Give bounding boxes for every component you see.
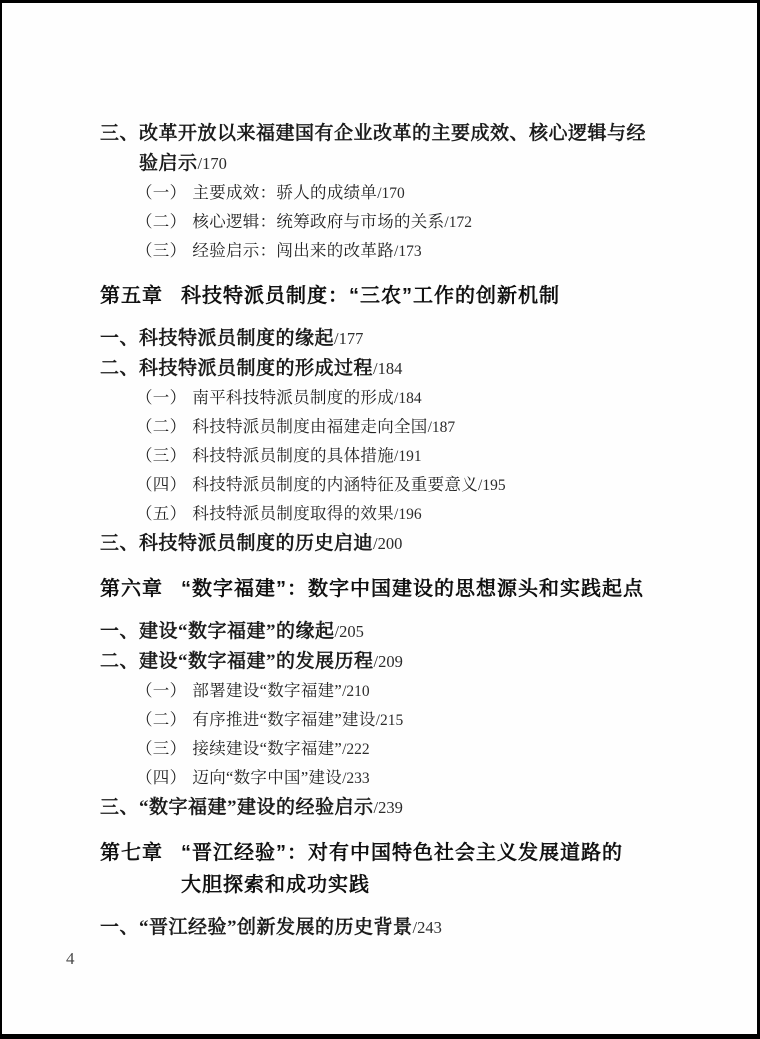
- toc-entry-page-number: /205: [335, 622, 364, 641]
- toc-entry-chapter: 第七章“晋江经验”：对有中国特色社会主义发展道路的大胆探索和成功实践: [100, 837, 699, 901]
- toc-entry-page-number: /210: [342, 683, 370, 700]
- toc-entry-title-line: 部署建设“数字福建”/210: [192, 677, 699, 706]
- toc-entry-page-number: /187: [428, 419, 456, 436]
- toc-entry-section: 二、科技特派员制度的形成过程/184: [100, 354, 699, 384]
- toc-entry-page-number: /243: [413, 918, 442, 937]
- toc-entry-section: 三、改革开放以来福建国有企业改革的主要成效、核心逻辑与经验启示/170: [100, 119, 699, 179]
- toc-entry-page-number: /170: [198, 154, 227, 173]
- toc-entry-label: （一）: [136, 384, 186, 412]
- toc-entry-title-block: 改革开放以来福建国有企业改革的主要成效、核心逻辑与经验启示/170: [139, 119, 699, 179]
- toc-entry-section: 三、科技特派员制度的历史启迪/200: [100, 529, 699, 559]
- toc-entry-title-line: “数字福建”建设的经验启示/239: [139, 793, 699, 823]
- toc-entry-label: 二、: [100, 647, 139, 677]
- toc-entry-section: 二、建设“数字福建”的发展历程/209: [100, 647, 699, 677]
- toc-entry-subsection: （二）核心逻辑：统筹政府与市场的关系/172: [136, 208, 699, 237]
- toc-entry-label: 三、: [100, 119, 139, 149]
- toc-entry-page-number: /172: [444, 214, 472, 231]
- toc-entry-title-block: “数字福建”：数字中国建设的思想源头和实践起点: [181, 573, 699, 605]
- toc-entry-label: （三）: [136, 735, 186, 763]
- toc-entry-title-line: 科技特派员制度的具体措施/191: [192, 442, 699, 471]
- toc-entry-title-block: 科技特派员制度：“三农”工作的创新机制: [181, 280, 699, 312]
- toc-entry-label: （二）: [136, 208, 186, 236]
- toc-entry-title-line: 建设“数字福建”的缘起/205: [139, 617, 699, 647]
- toc-entry-section: 三、“数字福建”建设的经验启示/239: [100, 793, 699, 823]
- toc-entry-subsection: （一）南平科技特派员制度的形成/184: [136, 384, 699, 413]
- toc-entry-title-line: 大胆探索和成功实践: [181, 869, 699, 901]
- toc-entry-label: 一、: [100, 617, 139, 647]
- toc-entry-label: （四）: [136, 471, 186, 499]
- toc-entry-title-line: 有序推进“数字福建”建设/215: [192, 706, 699, 735]
- toc-entry-label: 第七章: [100, 837, 163, 869]
- toc-entry-subsection: （五）科技特派员制度取得的效果/196: [136, 500, 699, 529]
- toc-entry-title-line: 接续建设“数字福建”/222: [192, 735, 699, 764]
- toc-entry-subsection: （一）主要成效：骄人的成绩单/170: [136, 179, 699, 208]
- toc-entry-section: 一、科技特派员制度的缘起/177: [100, 324, 699, 354]
- toc-entry-title-line: 科技特派员制度由福建走向全国/187: [192, 413, 699, 442]
- toc-entry-chapter: 第六章“数字福建”：数字中国建设的思想源头和实践起点: [100, 573, 699, 605]
- toc-entry-title-block: 科技特派员制度的具体措施/191: [192, 442, 699, 471]
- toc-entry-subsection: （三）经验启示：闯出来的改革路/173: [136, 237, 699, 266]
- toc-entry-title-block: 经验启示：闯出来的改革路/173: [192, 237, 699, 266]
- toc-entry-title-line: 核心逻辑：统筹政府与市场的关系/172: [192, 208, 699, 237]
- toc-entry-title-block: 建设“数字福建”的缘起/205: [139, 617, 699, 647]
- toc-entry-page-number: /173: [394, 243, 422, 260]
- toc-entry-page-number: /222: [342, 741, 370, 758]
- toc-entry-title-block: 建设“数字福建”的发展历程/209: [139, 647, 699, 677]
- toc-entry-page-number: /184: [394, 390, 422, 407]
- toc-entry-title-line: “晋江经验”创新发展的历史背景/243: [139, 913, 699, 943]
- toc-entry-title-line: 科技特派员制度取得的效果/196: [192, 500, 699, 529]
- toc-list: 三、改革开放以来福建国有企业改革的主要成效、核心逻辑与经验启示/170（一）主要…: [2, 3, 757, 943]
- toc-entry-subsection: （四）科技特派员制度的内涵特征及重要意义/195: [136, 471, 699, 500]
- toc-entry-page-number: /200: [373, 534, 402, 553]
- toc-entry-title-line: 经验启示：闯出来的改革路/173: [192, 237, 699, 266]
- toc-entry-label: （五）: [136, 500, 186, 528]
- toc-entry-label: 一、: [100, 913, 139, 943]
- toc-entry-label: （二）: [136, 706, 186, 734]
- toc-entry-title-line: 建设“数字福建”的发展历程/209: [139, 647, 699, 677]
- toc-entry-title-block: “晋江经验”创新发展的历史背景/243: [139, 913, 699, 943]
- toc-entry-title-block: 南平科技特派员制度的形成/184: [192, 384, 699, 413]
- toc-entry-page-number: /209: [374, 652, 403, 671]
- toc-entry-page-number: /239: [374, 798, 403, 817]
- toc-entry-label: （三）: [136, 442, 186, 470]
- toc-entry-title-line: 验启示/170: [139, 149, 699, 179]
- toc-entry-title-block: 主要成效：骄人的成绩单/170: [192, 179, 699, 208]
- toc-entry-label: 三、: [100, 529, 139, 559]
- scanned-book-page: 三、改革开放以来福建国有企业改革的主要成效、核心逻辑与经验启示/170（一）主要…: [2, 3, 757, 1034]
- toc-entry-chapter: 第五章科技特派员制度：“三农”工作的创新机制: [100, 280, 699, 312]
- toc-entry-section: 一、建设“数字福建”的缘起/205: [100, 617, 699, 647]
- toc-entry-page-number: /177: [334, 329, 363, 348]
- toc-entry-title-line: 南平科技特派员制度的形成/184: [192, 384, 699, 413]
- toc-entry-subsection: （四）迈向“数字中国”建设/233: [136, 764, 699, 793]
- toc-entry-title-block: 科技特派员制度取得的效果/196: [192, 500, 699, 529]
- toc-entry-title-block: 迈向“数字中国”建设/233: [192, 764, 699, 793]
- toc-entry-title-line: 科技特派员制度的缘起/177: [139, 324, 699, 354]
- toc-entry-label: 二、: [100, 354, 139, 384]
- toc-entry-title-line: 主要成效：骄人的成绩单/170: [192, 179, 699, 208]
- toc-entry-section: 一、“晋江经验”创新发展的历史背景/243: [100, 913, 699, 943]
- toc-entry-title-block: “晋江经验”：对有中国特色社会主义发展道路的大胆探索和成功实践: [181, 837, 699, 901]
- toc-entry-subsection: （一）部署建设“数字福建”/210: [136, 677, 699, 706]
- toc-entry-title-line: 科技特派员制度：“三农”工作的创新机制: [181, 280, 699, 312]
- toc-entry-title-line: “数字福建”：数字中国建设的思想源头和实践起点: [181, 573, 699, 605]
- toc-entry-page-number: /195: [478, 477, 506, 494]
- toc-entry-title-line: “晋江经验”：对有中国特色社会主义发展道路的: [181, 837, 699, 869]
- toc-entry-label: （一）: [136, 677, 186, 705]
- toc-entry-title-line: 科技特派员制度的历史启迪/200: [139, 529, 699, 559]
- toc-entry-subsection: （三）接续建设“数字福建”/222: [136, 735, 699, 764]
- toc-entry-subsection: （三）科技特派员制度的具体措施/191: [136, 442, 699, 471]
- toc-entry-title-line: 科技特派员制度的内涵特征及重要意义/195: [192, 471, 699, 500]
- toc-entry-label: （二）: [136, 413, 186, 441]
- toc-entry-page-number: /196: [394, 506, 422, 523]
- toc-entry-label: （四）: [136, 764, 186, 792]
- toc-entry-label: （一）: [136, 179, 186, 207]
- toc-entry-title-block: 核心逻辑：统筹政府与市场的关系/172: [192, 208, 699, 237]
- toc-entry-title-block: 科技特派员制度由福建走向全国/187: [192, 413, 699, 442]
- toc-entry-title-block: 有序推进“数字福建”建设/215: [192, 706, 699, 735]
- toc-entry-title-line: 科技特派员制度的形成过程/184: [139, 354, 699, 384]
- toc-entry-title-block: 科技特派员制度的形成过程/184: [139, 354, 699, 384]
- toc-entry-title-line: 改革开放以来福建国有企业改革的主要成效、核心逻辑与经: [139, 119, 699, 149]
- toc-entry-title-block: 科技特派员制度的历史启迪/200: [139, 529, 699, 559]
- toc-entry-page-number: /191: [394, 448, 422, 465]
- toc-entry-title-block: 部署建设“数字福建”/210: [192, 677, 699, 706]
- toc-entry-title-block: 科技特派员制度的缘起/177: [139, 324, 699, 354]
- toc-entry-title-block: 接续建设“数字福建”/222: [192, 735, 699, 764]
- toc-entry-label: （三）: [136, 237, 186, 265]
- toc-entry-label: 第五章: [100, 280, 163, 312]
- footer-page-number: 4: [66, 949, 75, 969]
- toc-entry-label: 第六章: [100, 573, 163, 605]
- toc-entry-label: 三、: [100, 793, 139, 823]
- toc-entry-subsection: （二）科技特派员制度由福建走向全国/187: [136, 413, 699, 442]
- toc-entry-page-number: /233: [342, 770, 370, 787]
- toc-entry-label: 一、: [100, 324, 139, 354]
- toc-entry-title-line: 迈向“数字中国”建设/233: [192, 764, 699, 793]
- toc-entry-title-block: “数字福建”建设的经验启示/239: [139, 793, 699, 823]
- toc-entry-page-number: /170: [377, 185, 405, 202]
- toc-entry-title-block: 科技特派员制度的内涵特征及重要意义/195: [192, 471, 699, 500]
- toc-entry-page-number: /184: [373, 359, 402, 378]
- toc-entry-subsection: （二）有序推进“数字福建”建设/215: [136, 706, 699, 735]
- toc-entry-page-number: /215: [376, 712, 404, 729]
